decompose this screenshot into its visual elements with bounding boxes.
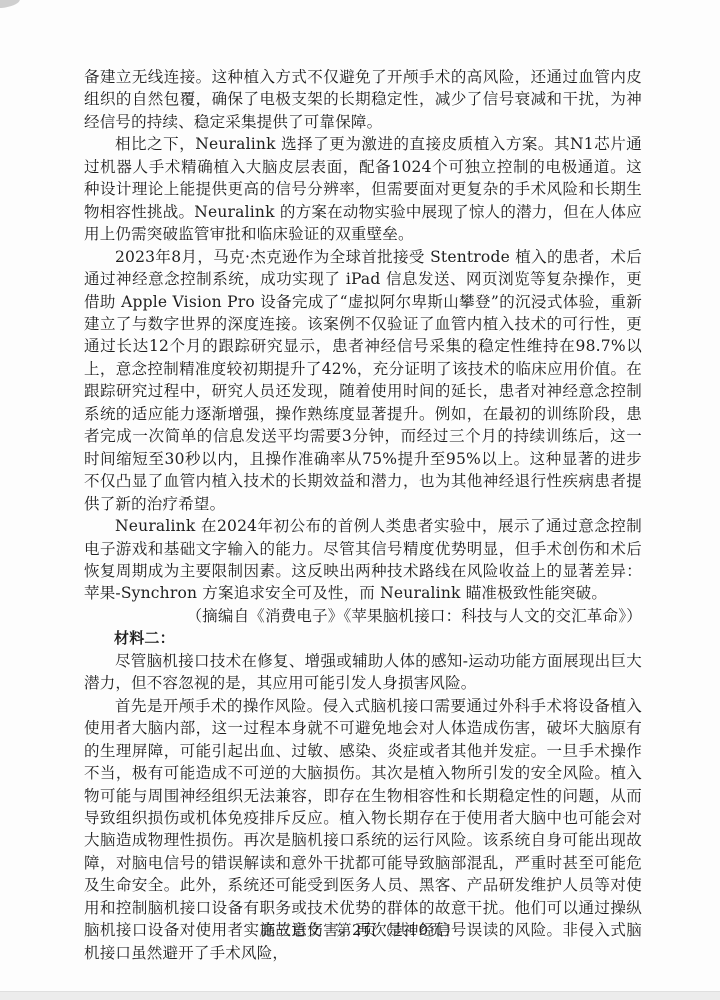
paragraph-stentrode-case: 2023年8月，马克·杰克逊作为全球首批接受 Stentrode 植入的患者，术… xyxy=(84,246,642,515)
text-block: 备建立无线连接。这种植入方式不仅避免了开颅手术的高风险，还通过血管内皮组织的自然… xyxy=(84,66,642,964)
paragraph-material1-continuation: 备建立无线连接。这种植入方式不仅避免了开颅手术的高风险，还通过血管内皮组织的自然… xyxy=(84,66,642,133)
paragraph-material2-intro: 尽管脑机接口技术在修复、增强或辅助人体的感知-运动功能方面展现出巨大潜力，但不容… xyxy=(84,650,642,695)
exam-paper-page: 备建立无线连接。这种植入方式不仅避免了开颅手术的高风险，还通过血管内皮组织的自然… xyxy=(0,0,720,1000)
paragraph-neuralink-2024: Neuralink 在2024年初公布的首例人类患者实验中，展示了通过意念控制电… xyxy=(84,515,642,605)
material-2-heading: 材料二： xyxy=(84,627,642,649)
citation-line: （摘编自《消费电子》《苹果脑机接口：科技与人文的交汇革命》） xyxy=(84,605,642,627)
paragraph-neuralink-approach: 相比之下，Neuralink 选择了更为激进的直接皮质植入方案。其N1芯片通过机… xyxy=(84,133,642,245)
footer-course-label: 高三语文 xyxy=(260,921,322,939)
page-footer: 高三语文第2页（共10页） xyxy=(0,919,720,940)
footer-page-number: 第2页（共10页） xyxy=(336,921,459,939)
scan-artifact-corner xyxy=(0,0,21,10)
scan-edge-bottom xyxy=(0,991,720,1000)
